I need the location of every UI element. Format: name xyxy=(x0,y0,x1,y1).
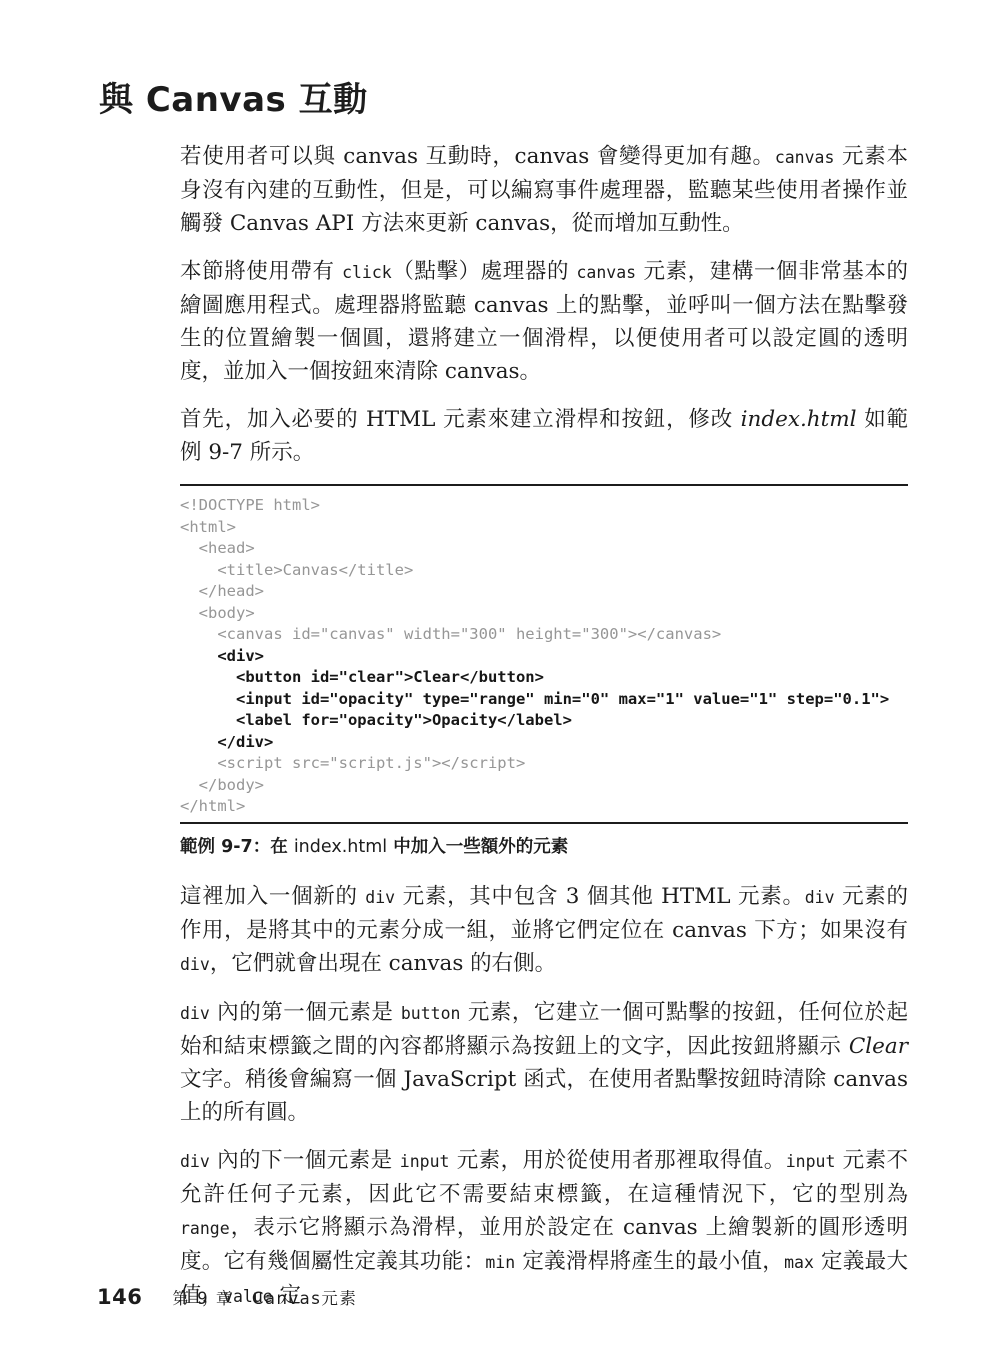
text-run-plain: 中加入一些額外的元素 xyxy=(387,837,568,857)
text-run-code: div xyxy=(365,888,395,907)
text-run-plain: 內的第一個元素是 xyxy=(210,1000,401,1025)
text-run-plain: 元素，其中包含 3 個其他 HTML 元素。 xyxy=(395,884,805,909)
content-column: 若使用者可以與 canvas 互動時，canvas 會變得更加有趣。canvas… xyxy=(180,140,908,1328)
text-run-code: div xyxy=(180,955,210,974)
text-run-plain: 範例 9-7：在 xyxy=(180,837,294,857)
code-listing: <!DOCTYPE html><html> <head> <title>Canv… xyxy=(180,484,908,824)
paragraph: 若使用者可以與 canvas 互動時，canvas 會變得更加有趣。canvas… xyxy=(180,140,908,240)
text-run-plain: 若使用者可以與 canvas 互動時，canvas 會變得更加有趣。 xyxy=(180,144,775,169)
paragraph: 本節將使用帶有 click（點擊）處理器的 canvas 元素，建構一個非常基本… xyxy=(180,255,908,388)
text-run-italic: Clear xyxy=(849,1034,908,1059)
text-run-code: input xyxy=(786,1152,836,1171)
paragraphs-after-listing: 這裡加入一個新的 div 元素，其中包含 3 個其他 HTML 元素。div 元… xyxy=(180,880,908,1313)
text-run-italic: index.html xyxy=(741,407,857,432)
text-run-plain: 本節將使用帶有 xyxy=(180,259,342,284)
code-line: <script src="script.js"></script> xyxy=(180,753,908,775)
paragraphs-before-listing: 若使用者可以與 canvas 互動時，canvas 會變得更加有趣。canvas… xyxy=(180,140,908,469)
page-footer: 146 第 9 章 Canvas元素 xyxy=(97,1285,357,1309)
text-run-code: div xyxy=(180,1152,210,1171)
text-run-plain: 這裡加入一個新的 xyxy=(180,884,365,909)
text-run-code: div xyxy=(805,888,835,907)
code-line: <title>Canvas</title> xyxy=(180,560,908,582)
text-run-code: input xyxy=(400,1152,450,1171)
code-line: </html> xyxy=(180,796,908,818)
text-run-plain: ，它們就會出現在 canvas 的右側。 xyxy=(210,951,556,976)
text-run-plain: 文字。稍後會編寫一個 JavaScript 函式，在使用者點擊按鈕時清除 can… xyxy=(180,1067,908,1125)
text-run-code: max xyxy=(784,1253,814,1272)
text-run-latin: index.html xyxy=(294,837,387,857)
code-line: <label for="opacity">Opacity</label> xyxy=(180,710,908,732)
text-run-code: button xyxy=(401,1004,461,1023)
code-line: <body> xyxy=(180,603,908,625)
text-run-code: div xyxy=(180,1004,210,1023)
paragraph: div 內的第一個元素是 button 元素，它建立一個可點擊的按鈕，任何位於起… xyxy=(180,996,908,1129)
code-line: <head> xyxy=(180,538,908,560)
text-run-plain: 元素，用於從使用者那裡取得值。 xyxy=(449,1148,785,1173)
text-run-plain: 首先，加入必要的 HTML 元素來建立滑桿和按鈕，修改 xyxy=(180,407,741,432)
text-run-plain: 定義滑桿將產生的最小值， xyxy=(515,1249,784,1274)
code-line: <html> xyxy=(180,517,908,539)
code-line: <canvas id="canvas" width="300" height="… xyxy=(180,624,908,646)
text-run-code: range xyxy=(180,1219,230,1238)
paragraph: 首先，加入必要的 HTML 元素來建立滑桿和按鈕，修改 index.html 如… xyxy=(180,403,908,469)
code-line: </body> xyxy=(180,775,908,797)
code-line: <button id="clear">Clear</button> xyxy=(180,667,908,689)
text-run-code: click xyxy=(342,263,392,282)
text-run-plain: （點擊）處理器的 xyxy=(392,259,577,284)
listing-caption: 範例 9-7：在 index.html 中加入一些額外的元素 xyxy=(180,834,908,860)
text-run-plain: 內的下一個元素是 xyxy=(210,1148,400,1173)
code-line: <!DOCTYPE html> xyxy=(180,495,908,517)
code-line: </head> xyxy=(180,581,908,603)
paragraph: 這裡加入一個新的 div 元素，其中包含 3 個其他 HTML 元素。div 元… xyxy=(180,880,908,981)
text-run-code: canvas xyxy=(775,148,835,167)
code-line: <div> xyxy=(180,646,908,668)
book-page: 與 Canvas 互動 若使用者可以與 canvas 互動時，canvas 會變… xyxy=(0,0,1000,1353)
page-number: 146 xyxy=(97,1285,142,1309)
text-run-code: canvas xyxy=(576,263,636,282)
code-line: <input id="opacity" type="range" min="0"… xyxy=(180,689,908,711)
code-line: </div> xyxy=(180,732,908,754)
text-run-code: min xyxy=(485,1253,515,1272)
chapter-info: 第 9 章 Canvas元素 xyxy=(172,1285,357,1309)
page-title: 與 Canvas 互動 xyxy=(99,78,368,122)
